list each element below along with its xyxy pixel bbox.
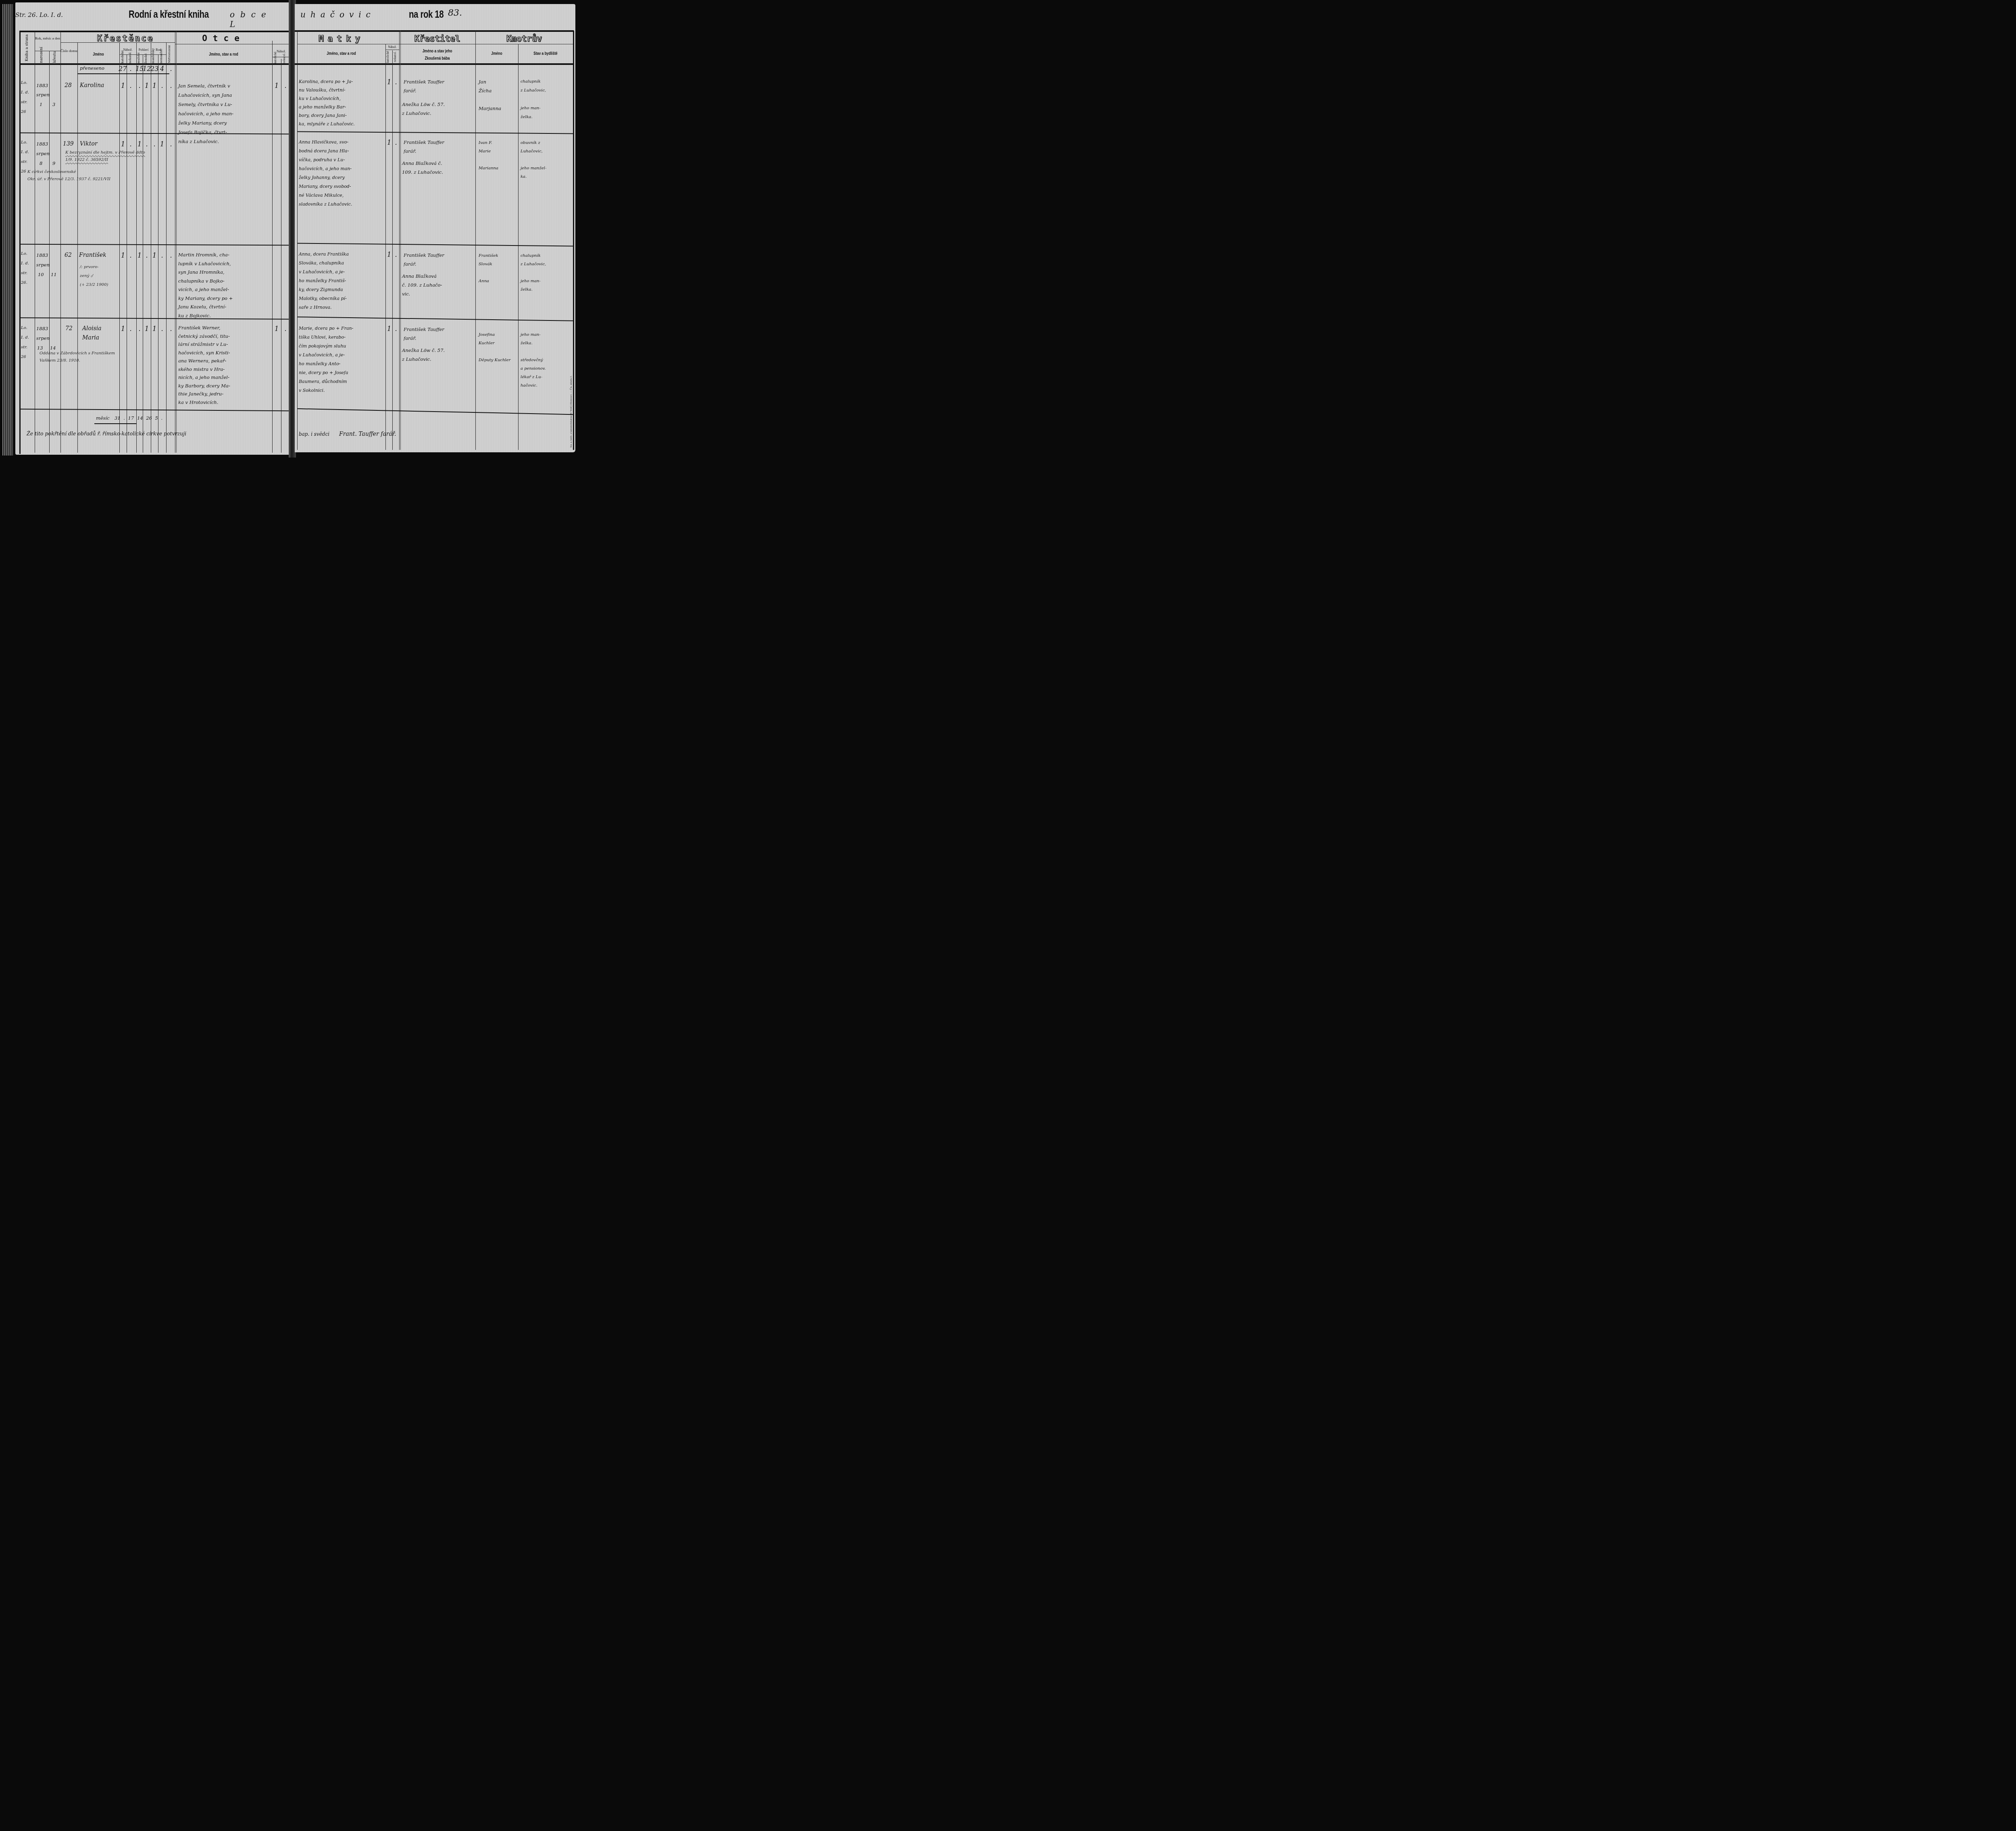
- header-nekatol: nekatol.: [129, 55, 132, 63]
- entry-annotation-church-change: K církvi československé Okr. úř. v Přero…: [27, 169, 110, 183]
- header-pohlavi: Pohlaví: [136, 48, 151, 52]
- entry-godparent-name: František Slovák Anna: [479, 252, 498, 285]
- entry-father-katolicke: 1: [273, 325, 281, 333]
- entry-mother: Anna, dcera Františka Slováka, chalupník…: [299, 250, 349, 312]
- entry-birth-day: 10: [38, 270, 44, 279]
- entry-month: srpen: [36, 90, 50, 100]
- book-edge: [2, 4, 13, 456]
- entry-katolicke: 1: [119, 140, 127, 148]
- entry-annotation-firstborn: /: prvoro- zený :/ (+ 23/2 1900): [80, 263, 108, 289]
- priest-signature: Frant. Tauffer farář.: [339, 430, 396, 439]
- header-krestence: Křestěnce: [76, 33, 175, 43]
- entry-baptism-day: 3: [52, 100, 55, 109]
- header-otce: Otce: [175, 33, 272, 43]
- entry-manzelsky: 1: [150, 252, 158, 259]
- parish-name-part1: obce L: [230, 10, 290, 29]
- footer-witnesses-note: bap. i svědci: [299, 430, 329, 439]
- entry-muzske: .: [135, 82, 144, 89]
- entry-godparent-status: chalupník z Luhačovic, jeho man- želka.: [521, 252, 546, 294]
- entry-child-name: Viktor: [80, 139, 98, 149]
- entry-house-number: 72: [65, 324, 73, 333]
- entry-month: srpen: [36, 260, 50, 270]
- entry-mother-nekatol: .: [392, 325, 400, 333]
- header-matky-jmeno: Jméno, stav a rod: [304, 52, 379, 56]
- monthly-totals-values: 31 . 17 14 26 5 .: [115, 414, 162, 423]
- entry-mother: Marie, dcera po + Fran- tiška Uhlovi, ke…: [299, 324, 353, 395]
- entry-manzelsky: .: [150, 140, 158, 148]
- entry-zenske: 1: [143, 82, 151, 89]
- carried-zenske: 12: [143, 65, 151, 73]
- header-bottom-rule: [295, 63, 574, 65]
- entry-mother-nekatol: .: [392, 139, 400, 146]
- entry-month: srpen: [36, 149, 50, 158]
- entry-midwife: Anežka Löw č. 57. z Luhačovic.: [402, 346, 445, 364]
- entry-kniha: Lo. I. d. str. 26: [21, 78, 29, 117]
- entry-year: 1883: [36, 139, 48, 149]
- entry-house-number: 139: [63, 139, 74, 149]
- entry-mother: Karolina, dcera po + Ja- nu Valoušku, čt…: [299, 77, 355, 128]
- entry-year: 1883: [36, 81, 48, 90]
- entry-godparent-status: jeho man- želka. středovčný a pensionov.…: [521, 331, 546, 390]
- entry-annotation-renunciation: K bezryznání dle hejtm. v Přerově ddto 1…: [65, 149, 145, 164]
- header-matky-katolicke: katolické: [386, 51, 389, 63]
- entry-house-number: 62: [65, 251, 72, 260]
- entry-baptizer: František Tauffer farář.: [404, 77, 444, 95]
- entry-katolicke: 1: [119, 325, 127, 333]
- carried-manzelsky: 23: [150, 65, 158, 73]
- entry-nekatol: .: [127, 325, 135, 333]
- entry-birth-day: 1: [40, 100, 42, 109]
- header-nemanzel: nemanžel.: [160, 55, 163, 63]
- entry-godparent-name: Jan Žícha Marjanna: [479, 77, 501, 113]
- carried-nekatol: .: [127, 65, 135, 73]
- entry-baptism-day: 9: [52, 159, 55, 168]
- entry-muzske: 1: [135, 252, 144, 259]
- entry-child-name: Karolina: [80, 81, 104, 90]
- entry-mrtvorozeni: .: [167, 140, 175, 148]
- entry-mrtvorozeni: .: [167, 82, 175, 89]
- header-matky: Matky: [297, 34, 385, 44]
- carried-muzske: 15: [135, 65, 144, 73]
- entry-midwife: Anežka Löw č. 57. z Luhačovic.: [402, 100, 445, 118]
- entry-father-nekatol: .: [281, 82, 289, 89]
- entry-manzelsky: 1: [150, 82, 158, 89]
- carried-mrtvorozeni: .: [167, 65, 175, 73]
- header-manzelsky: manželský: [152, 55, 155, 63]
- entry-father: Martin Hromník, cha- lupník v Luhačovicí…: [178, 251, 233, 320]
- header-kniha-strana: Kniha a strana: [25, 34, 29, 62]
- table-top-rule: [19, 31, 290, 32]
- register-year: 83.: [448, 8, 462, 18]
- right-page: uhačovic na rok 18 83. Matky Jméno, stav…: [295, 4, 575, 452]
- register-scan: Str. 26. Lo. I. d. Rodní a křestní kniha…: [0, 0, 584, 458]
- header-zenske: ženské: [144, 55, 148, 63]
- header-krestu: křestu: [53, 52, 57, 63]
- entry-child-name: František: [79, 251, 106, 260]
- entry-nemanzel: .: [158, 252, 166, 259]
- header-matky-nekatol: nekatol.: [394, 51, 397, 63]
- header-matky-naboz: Nábož.: [385, 46, 399, 49]
- entry-year: 1883: [36, 324, 48, 333]
- entry-godparent-name: Josefina Kuchler Děputy Kuchler: [479, 331, 510, 364]
- page-reference: Str. 26. Lo. I. d.: [15, 11, 63, 19]
- parish-name-part2: uhačovic: [300, 10, 375, 19]
- entry-mother-nekatol: .: [392, 251, 400, 258]
- header-otce-katolicke: katolické: [274, 58, 277, 64]
- confirmation-statement: Že tito pokřtění dle obřadů ř. římsko-ka…: [27, 429, 186, 438]
- entry-midwife: Anna Blažková č. 109. z Luhačovic.: [402, 159, 443, 177]
- entry-father-katolicke: 1: [273, 82, 281, 89]
- header-rok-mesic-den: Rok, měsíc a den: [35, 36, 60, 40]
- entry-nekatol: .: [127, 140, 135, 148]
- entry-zenske: .: [143, 140, 151, 148]
- entry-nemanzel: .: [158, 82, 166, 89]
- entry-baptizer: František Tauffer farář.: [404, 138, 444, 156]
- header-otce-nekatol: nekatol.: [283, 58, 286, 64]
- printer-imprint: Kn. a. knih- a kamenotiskárna (V. Voitl)…: [570, 318, 573, 447]
- entry-mrtvorozeni: .: [167, 252, 175, 259]
- table-top-rule: [295, 30, 574, 32]
- entry-zenske: .: [143, 252, 151, 259]
- entry-mrtvorozeni: .: [167, 325, 175, 333]
- entry-muzske: 1: [135, 140, 144, 148]
- entry-nekatol: .: [127, 82, 135, 89]
- entry-manzelsky: 1: [150, 325, 158, 333]
- entry-child-name: Aloisia Maria: [82, 324, 102, 343]
- carried-katolicke: 27: [119, 65, 127, 73]
- header-otce-jmeno: Jméno, stav a rod: [182, 52, 265, 57]
- entry-mother-nekatol: .: [392, 78, 400, 86]
- entry-kniha: Lo. I. d. str. 26.: [21, 249, 29, 288]
- header-jmeno: Jméno: [81, 52, 116, 57]
- entry-godparent-status: obuvník z Luhačovic, jeho manžel- ka.: [521, 139, 546, 181]
- entry-baptism-day: 11: [51, 270, 57, 279]
- entry-kniha: Lo. I. d. str. 26: [21, 323, 29, 362]
- header-kmotr-stav: Stav a bydliště: [522, 52, 569, 56]
- entry-month: srpen: [36, 334, 50, 343]
- entry-muzske: .: [135, 325, 144, 333]
- header-mrtvorozeni: Mrtvorozeni: [168, 47, 171, 63]
- entry-zenske: 1: [143, 325, 151, 333]
- table-left-border: [19, 31, 21, 454]
- header-krestitel: Křestitel: [399, 34, 475, 44]
- entry-nemanzel: 1: [158, 140, 166, 148]
- carried-nemanzel: 4: [158, 65, 166, 73]
- entry-katolicke: 1: [119, 252, 127, 259]
- entry-father: Jan Semela, čtvrtník v Luhačovicích, syn…: [178, 81, 233, 146]
- left-page: Str. 26. Lo. I. d. Rodní a křestní kniha…: [15, 2, 290, 455]
- header-narozeni: narození: [40, 52, 44, 63]
- monthly-totals-label: měsíc: [96, 414, 110, 423]
- entry-mother: Anna Hlavičkova, svo- bodná dcera Jana H…: [299, 138, 352, 209]
- header-cislo-domu: Číslo domu: [60, 49, 77, 53]
- header-krestitel-line2: Zkoušená bába: [405, 56, 470, 61]
- entry-annotation-marriage: Oddána v Zábrdovicích s Františkem Vaňke…: [40, 350, 115, 364]
- register-year-label: na rok 18: [409, 9, 444, 21]
- entry-baptizer: František Tauffer farář.: [404, 325, 444, 343]
- entry-father: František Werner, četnický závodčí, titu…: [178, 324, 230, 406]
- entry-baptizer: František Tauffer farář.: [404, 251, 444, 268]
- carried-over-label: přeneseno: [80, 64, 104, 73]
- entry-father-nekatol: .: [281, 325, 289, 333]
- header-krestitel-line1: Jméno a stav jeho: [405, 49, 470, 54]
- entry-nemanzel: .: [158, 325, 166, 333]
- header-kmotr-jmeno: Jméno: [479, 52, 515, 56]
- entry-godparent-name: Ivan F. Marie Marianna: [479, 139, 498, 173]
- entry-godparent-status: chalupník z Luhačovic, jeho man- želka.: [521, 77, 546, 122]
- entry-midwife: Anna Blažková č. 109. z Luhačo- vic.: [402, 272, 442, 298]
- entry-nekatol: .: [127, 252, 135, 259]
- header-muzske: mužské: [137, 55, 140, 63]
- entry-house-number: 28: [65, 81, 72, 90]
- entry-birth-day: 8: [40, 159, 42, 168]
- header-kmotruv: Kmotrův: [475, 34, 573, 44]
- entry-year: 1883: [36, 251, 48, 260]
- register-title: Rodní a křestní kniha: [129, 9, 209, 21]
- header-katolicke: katolické: [121, 55, 124, 63]
- entry-katolicke: 1: [119, 82, 127, 89]
